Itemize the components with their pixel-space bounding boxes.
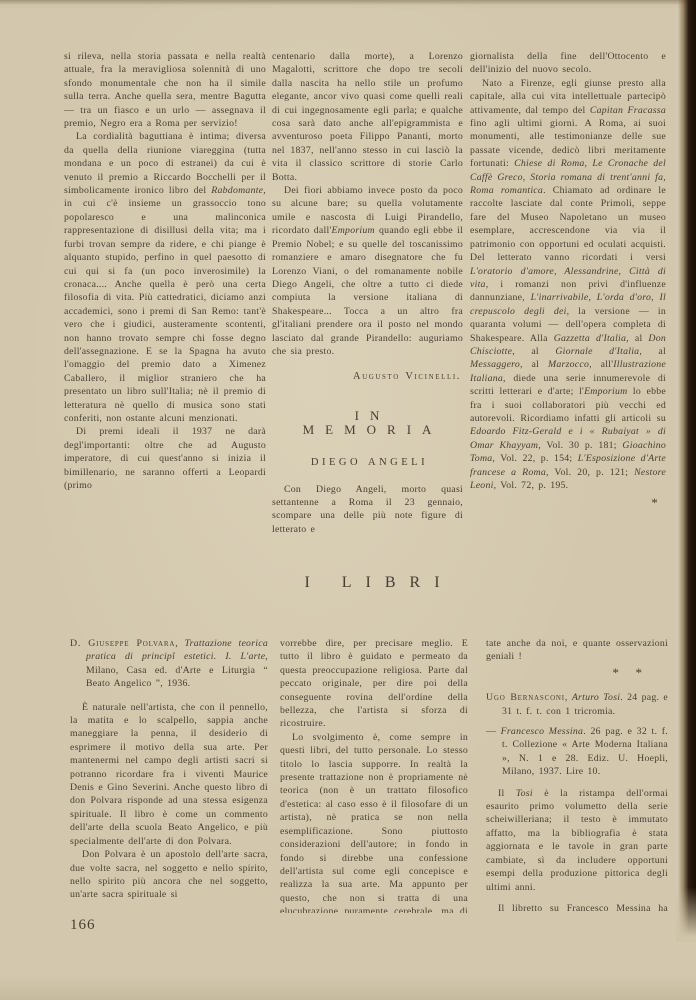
text-run: , Vol. 20, p. 121; [546,467,634,478]
memoria-subject-name: DIEGO ANGELI [274,456,463,469]
italic-title: Emporium [331,225,374,236]
italic-title: Rabdomante [211,185,263,196]
paragraph: Lo svolgimento è, come sempre in questi … [280,731,468,913]
text-run: quando egli ebbe il Premio Nobel; e su q… [272,225,463,357]
paragraph: Ugo Bernasconi, Arturo Tosi. 24 pag. e 3… [486,691,668,718]
scan-edge-shadow [678,0,696,940]
text-run: — [486,726,501,737]
text-run: tate anche da noi, e quante osservazioni… [486,638,668,662]
text-run: Lo svolgimento è, come sempre in questi … [280,732,468,913]
asterisk-divider: * [470,496,666,509]
text-run: , Vol. 30 p. 181; [538,440,622,451]
text-run: vorrebbe dire, per precisare meglio. E t… [280,638,468,729]
top-right-column: giornalista della fine dell'Ottocento e … [470,50,666,532]
paragraph: vorrebbe dire, per precisare meglio. E t… [280,637,468,731]
section-heading-i-libri: I LIBRI [66,574,678,592]
italic-title: Messaggero [470,359,520,370]
double-asterisk-divider: * * [486,666,668,679]
paragraph-group: giornalista della fine dell'Ottocento e … [470,50,666,492]
paragraph: Il libretto su Francesco Messina ha vedu… [486,902,668,913]
text-run: Il [498,788,516,799]
text-run: , al [626,333,648,344]
paragraph: Dei fiori abbiamo invece posto da poco s… [272,184,463,358]
paragraph-group: vorrebbe dire, per precisare meglio. E t… [280,637,468,913]
paragraph-group: centenario dalla morte), a Lorenzo Magal… [272,50,463,362]
paragraph-group: Ugo Bernasconi, Arturo Tosi. 24 pag. e 3… [486,691,668,913]
text-run: Don Polvara è un apostolo dell'arte sacr… [70,849,268,900]
paragraph-group: D. Giuseppe Polvara, Trattazione teorica… [70,637,268,902]
bottom-left-column: D. Giuseppe Polvara, Trattazione teorica… [70,637,268,913]
text-run: Il libretto su Francesco Messina ha vedu… [486,903,668,913]
paragraph: D. Giuseppe Polvara, Trattazione teorica… [70,637,268,691]
text-run: giornalista della fine dell'Ottocento e … [470,51,666,75]
paragraph: Nato a Firenze, egli giunse presto alla … [470,77,666,493]
text-run: , [565,692,572,703]
bottom-middle-column: vorrebbe dire, per precisare meglio. E t… [280,637,468,913]
text-run: . Chiamato ad ordinare le raccolte lasci… [470,185,666,263]
section-heading-in-memoria: IN MEMORIA [277,409,463,436]
paragraph: Don Polvara è un apostolo dell'arte sacr… [70,848,268,902]
paragraph: Il Tosi è la ristampa dell'ormai esaurit… [486,787,668,894]
text-run: si rileva, nella storia passata e nella … [64,51,266,129]
author-signature: Augusto Vicinelli. [272,370,463,383]
italic-title: Giornale d'Italia [555,346,639,357]
paragraph-group: si rileva, nella storia passata e nella … [64,50,266,492]
paragraph: giornalista della fine dell'Ottocento e … [470,50,666,77]
italic-title: Capitan Fracassa [590,105,666,116]
paragraph: si rileva, nella storia passata e nella … [64,50,266,130]
page-number: 166 [70,917,96,934]
magazine-page: si rileva, nella storia passata e nella … [0,0,696,1000]
italic-title: Marzocco [548,359,589,370]
text-run: , [175,638,184,649]
bottom-right-column: tate anche da noi, e quante osservazioni… [486,637,668,913]
text-run: , Vol. 72, p. 195. [494,480,569,491]
top-middle-column: centenario dalla morte), a Lorenzo Magal… [272,50,463,532]
text-run: , Vol. 22, p. 154; [492,453,577,464]
text-run: , al [520,359,548,370]
text-run: Con Diego Angeli, morto quasi settantenn… [272,484,463,532]
text-run: , al [639,346,666,357]
paragraph: È naturale nell'artista, che con il penn… [70,701,268,848]
text-run: È naturale nell'artista, che con il penn… [70,702,268,847]
text-run: centenario dalla morte), a Lorenzo Magal… [272,51,463,183]
small-caps-name: Ugo Bernasconi [486,692,565,703]
paragraph: — Francesco Messina. 26 pag. e 32 t. f. … [486,725,668,779]
top-left-column: si rileva, nella storia passata e nella … [64,50,266,532]
small-caps-name: D. Giuseppe Polvara [70,638,175,649]
text-run: , al [512,346,555,357]
text-run: Di premi ideali il 1937 ne darà degl'imp… [64,426,266,491]
paragraph: Di premi ideali il 1937 ne darà degl'imp… [64,425,266,492]
italic-title: Gazzetta d'Italia [554,333,626,344]
text-run: , in cui c'è insieme un grassoccio tono … [64,185,266,424]
italic-title: Arturo Tosi [572,692,620,703]
italic-title: Emporium [584,386,627,397]
paragraph-group: Con Diego Angeli, morto quasi settantenn… [272,483,463,532]
paragraph: Con Diego Angeli, morto quasi settantenn… [272,483,463,532]
paragraph: tate anche da noi, e quante osservazioni… [486,637,668,664]
paragraph: centenario dalla morte), a Lorenzo Magal… [272,50,463,184]
text-run: , all' [589,359,613,370]
text-run: è la ristampa dell'ormai esaurito primo … [486,788,668,893]
italic-title: Francesco Messina [501,726,584,737]
paragraph-group: tate anche da noi, e quante osservazioni… [486,637,668,664]
paragraph: La cordialità baguttiana è intima; diver… [64,130,266,425]
italic-title: Tosi [516,788,533,799]
